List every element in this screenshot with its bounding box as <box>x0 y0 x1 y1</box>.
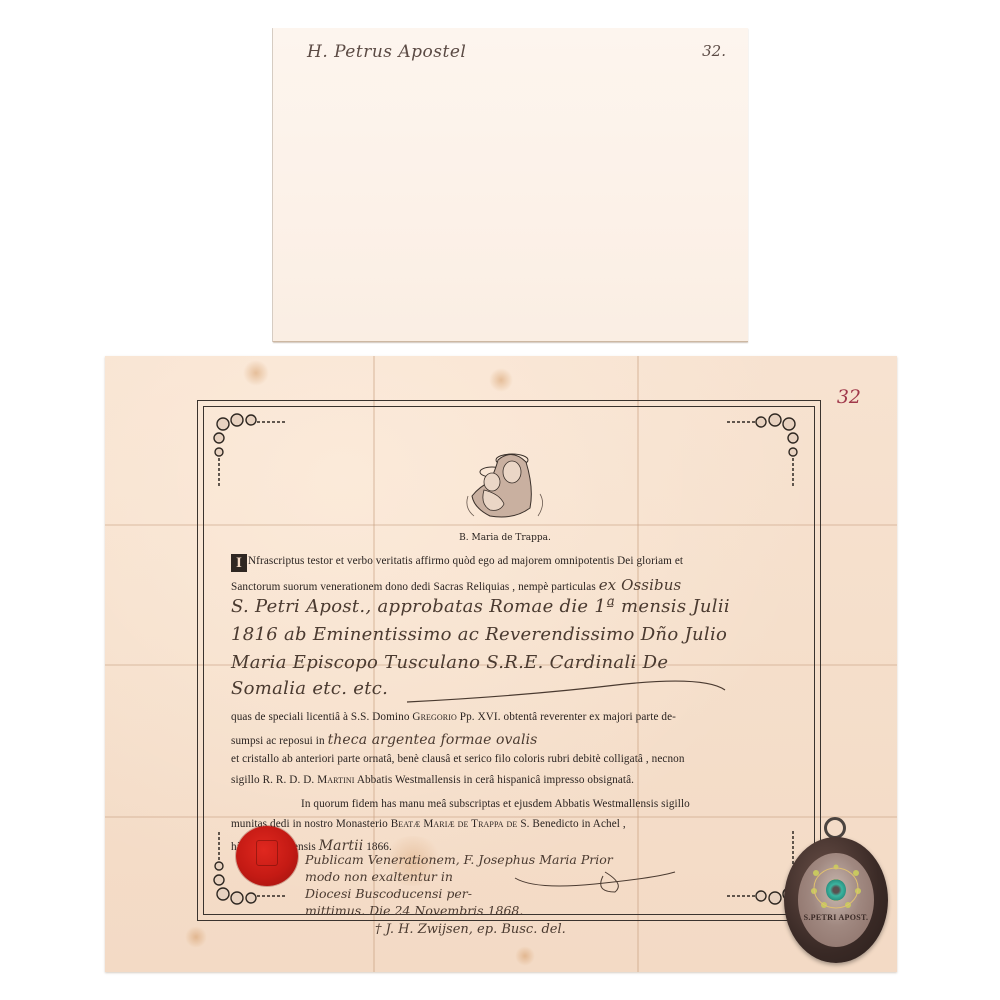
text-line: et cristallo ab anteriori parte ornatâ, … <box>231 753 791 765</box>
drop-cap: I <box>231 554 247 572</box>
text-line: quas de speciali licentiâ à S.S. Domino … <box>231 711 791 723</box>
annotation-line: mittimus. Die 24 Novembris 1868. <box>305 903 865 918</box>
reliquary-label: S.PETRI APOST. <box>802 913 870 922</box>
locket-ring <box>824 817 846 839</box>
vignette-caption: B. Maria de Trappa. <box>405 533 605 543</box>
stain <box>515 946 535 966</box>
envelope-title: H. Petrus Apostel <box>307 42 466 62</box>
relic-fragment <box>826 879 846 901</box>
handwritten-line: Maria Episcopo Tusculano S.R.E. Cardinal… <box>231 652 791 673</box>
stain <box>243 360 269 386</box>
envelope-number: 32. <box>702 42 726 60</box>
reliquary-locket: S.PETRI APOST. <box>782 817 892 967</box>
stain <box>185 926 207 948</box>
pen-flourish <box>405 676 735 706</box>
certificate-number: 32 <box>837 386 861 408</box>
relic-certificate: 32 <box>105 356 897 972</box>
madonna-and-child-engraving <box>460 438 550 528</box>
handwritten-line: S. Petri Apost., approbatas Romae die 1ª… <box>231 596 791 617</box>
handwritten-fill: theca argentea formae ovalis <box>328 732 538 748</box>
text-line: INfrascriptus testor et verbo veritatis … <box>231 554 791 572</box>
text-line: munitas dedi in nostro Monasterio Beatæ … <box>231 818 791 830</box>
text-line: sigillo R. R. D. D. Martini Abbatis West… <box>231 774 791 786</box>
handwritten-fill: ex Ossibus <box>599 576 682 594</box>
text-line: sumpsi ac reposui in theca argentea form… <box>231 732 791 748</box>
stain <box>489 368 513 392</box>
locket-case: S.PETRI APOST. <box>784 837 888 963</box>
envelope: H. Petrus Apostel 32. <box>273 28 748 342</box>
floral-corner-ornament <box>209 410 289 490</box>
signature-flourish <box>505 864 685 894</box>
text-line: In quorum fidem has manu meâ subscriptas… <box>231 798 861 810</box>
text-line: Sanctorum suorum venerationem dono dedi … <box>231 576 791 594</box>
red-wax-seal <box>236 826 298 886</box>
locket-glass: S.PETRI APOST. <box>798 853 874 947</box>
floral-corner-ornament <box>723 410 803 490</box>
handwritten-line: 1816 ab Eminentissimo ac Reverendissimo … <box>231 624 791 645</box>
